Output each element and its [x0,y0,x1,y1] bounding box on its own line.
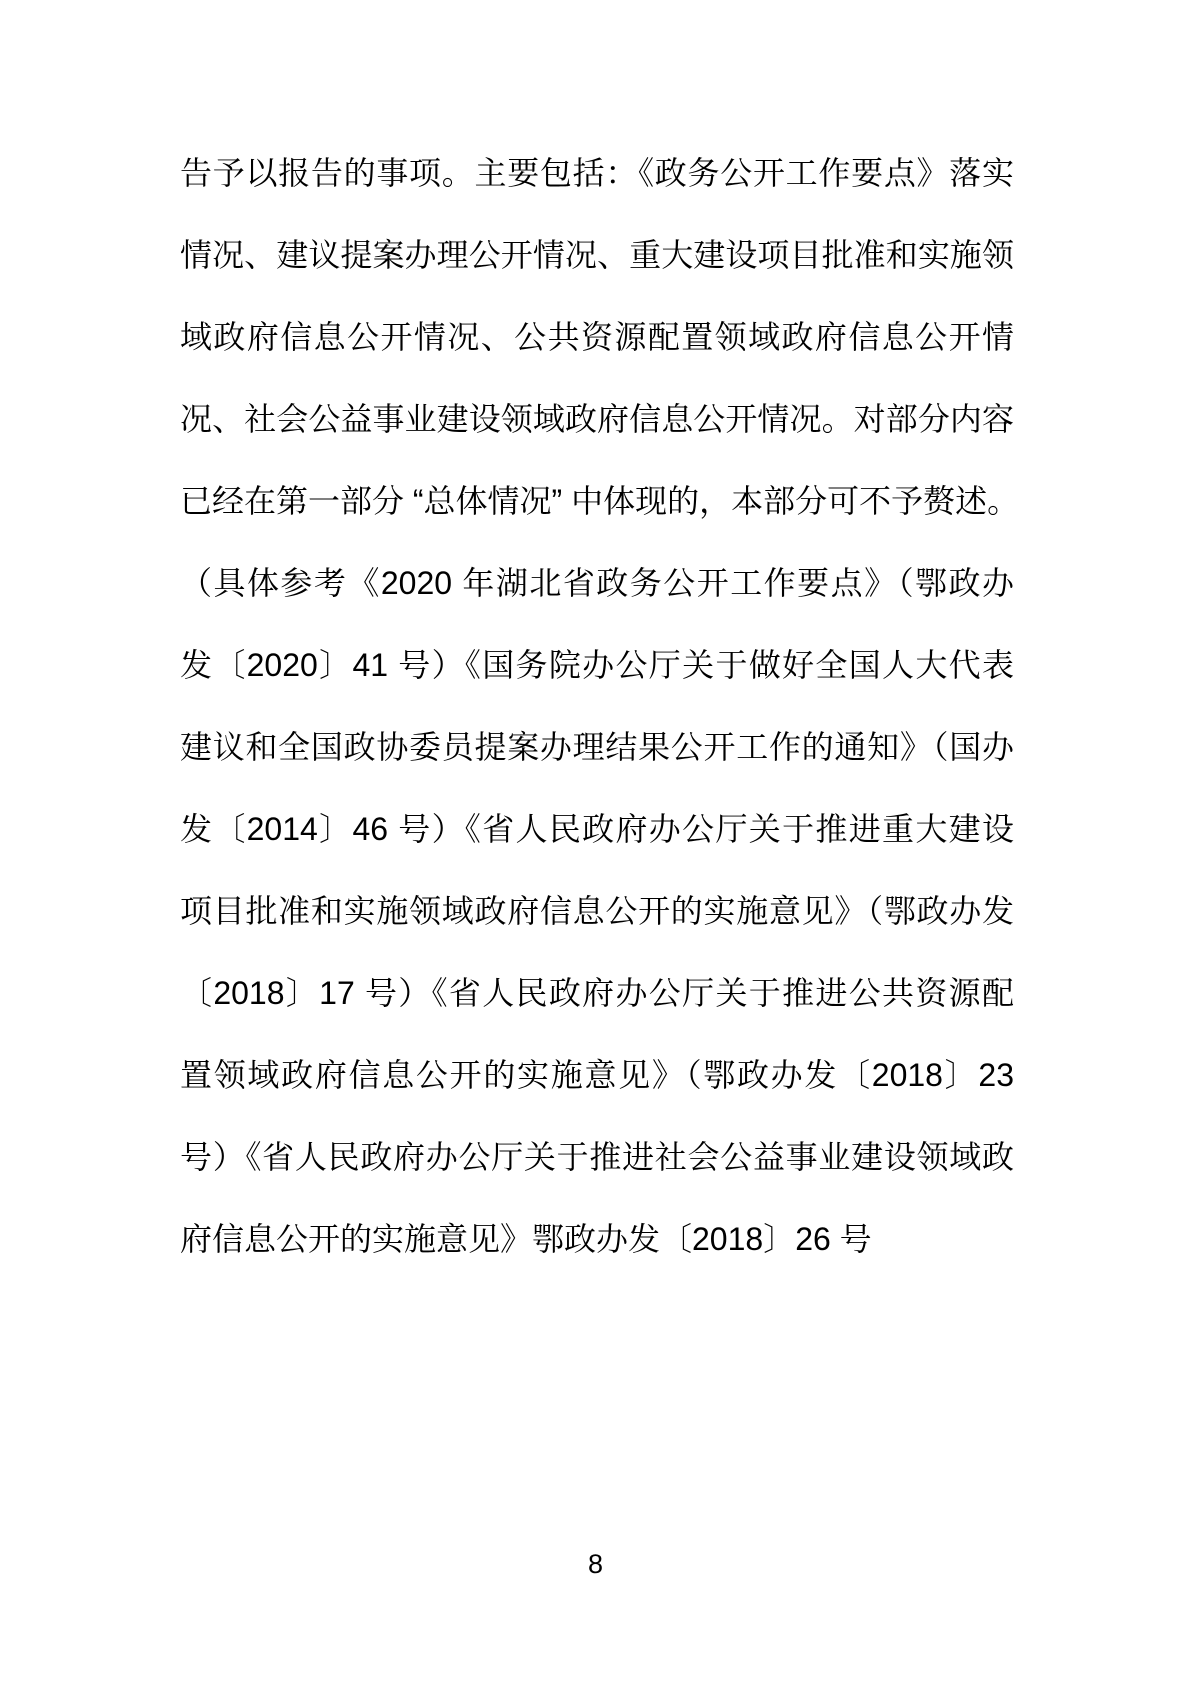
text-line: 情况、建议提案办理公开情况、重大建设项目批准和实施领 [180,214,1014,296]
text-line: 况、社会公益事业建设领域政府信息公开情况。对部分内容 [180,378,1014,460]
text-line: 号）《省人民政府办公厅关于推进社会公益事业建设领域政 [180,1116,1014,1198]
text-line: 发〔2014〕46 号）《省人民政府办公厅关于推进重大建设 [180,788,1014,870]
text-line: 建议和全国政协委员提案办理结果公开工作的通知》（国办 [180,706,1014,788]
text-line: 已经在第一部分 “总体情况” 中体现的，本部分可不予赘述。 [180,460,1014,542]
text-line: 项目批准和实施领域政府信息公开的实施意见》（鄂政办发 [180,870,1014,952]
text-line: （具体参考《2020 年湖北省政务公开工作要点》（鄂政办 [180,542,1014,624]
text-line: 告予以报告的事项。主要包括：《政务公开工作要点》落实 [180,132,1014,214]
text-line: 置领域政府信息公开的实施意见》（鄂政办发〔2018〕23 [180,1034,1014,1116]
text-line: 府信息公开的实施意见》鄂政办发〔2018〕26 号 [180,1198,1014,1280]
text-line: 域政府信息公开情况、公共资源配置领域政府信息公开情 [180,296,1014,378]
text-line: 〔2018〕17 号）《省人民政府办公厅关于推进公共资源配 [180,952,1014,1034]
document-page: 告予以报告的事项。主要包括：《政务公开工作要点》落实 情况、建议提案办理公开情况… [0,0,1191,1684]
text-line: 发〔2020〕41 号）《国务院办公厅关于做好全国人大代表 [180,624,1014,706]
body-paragraph: 告予以报告的事项。主要包括：《政务公开工作要点》落实 情况、建议提案办理公开情况… [180,132,1014,1280]
page-number: 8 [0,1548,1191,1580]
